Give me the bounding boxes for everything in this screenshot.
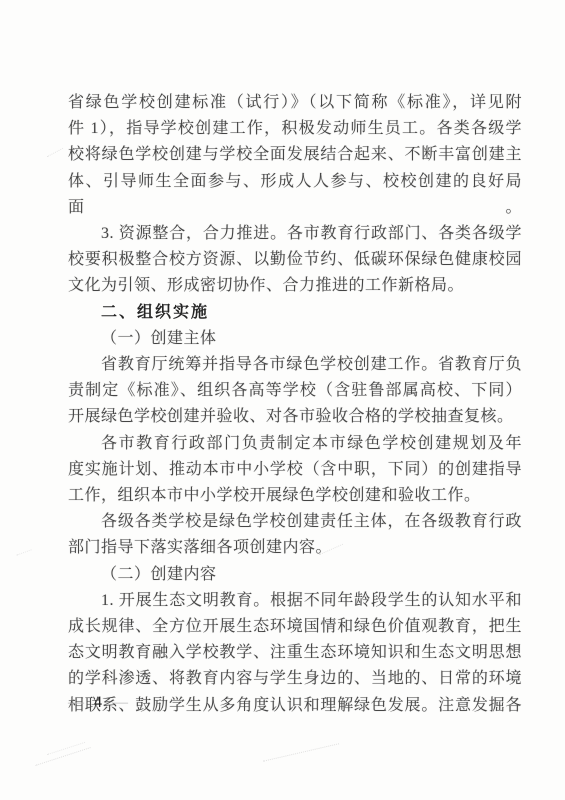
text-line: （一）创建主体 xyxy=(68,326,522,352)
text-line: 度实施计划、推动本市中小学校（含中职，下同）的创建指导 xyxy=(68,457,522,483)
text-line: 工作，组织本市中小学校开展绿色学校创建和验收工作。 xyxy=(68,483,522,509)
section-heading: 二、组织实施 xyxy=(68,300,522,326)
scan-artifact xyxy=(47,742,85,755)
scan-artifact xyxy=(47,148,63,157)
text-line: 相联系、鼓励学生从多角度认识和理解绿色发展。注意发掘各 xyxy=(68,693,522,719)
document-page: 省绿色学校创建标准（试行）》（以下简称《标准》，详见附件 1），指导学校创建工作… xyxy=(0,0,565,800)
text-line: 省绿色学校创建标准（试行）》（以下简称《标准》，详见附 xyxy=(68,90,522,116)
text-line: 责制定《标准》、组织各高等学校（含驻鲁部属高校、下同） xyxy=(68,378,522,404)
scan-artifact xyxy=(16,549,31,555)
text-line: 开展绿色学校创建并验收、对各市验收合格的学校抽查复核。 xyxy=(68,404,522,430)
scan-artifact xyxy=(263,743,339,762)
text-line: 1. 开展生态文明教育。根据不同年龄段学生的认知水平和 xyxy=(68,588,522,614)
text-line: 部门指导下落实落细各项创建内容。 xyxy=(68,535,522,561)
page-number-value: 4 xyxy=(92,694,106,711)
text-line: （二）创建内容 xyxy=(68,562,522,588)
text-line: 校将绿色学校创建与学校全面发展结合起来、不断丰富创建主 xyxy=(68,142,522,168)
text-line: 省教育厅统筹并指导各市绿色学校创建工作。省教育厅负 xyxy=(68,352,522,378)
text-line: 态文明教育融入学校教学、注重生态环境知识和生态文明思想 xyxy=(68,640,522,666)
text-line: 3. 资源整合，合力推进。各市教育行政部门、各类各级学 xyxy=(68,221,522,247)
text-line: 各市教育行政部门负责制定本市绿色学校创建规划及年 xyxy=(68,431,522,457)
text-line: 各级各类学校是绿色学校创建责任主体，在各级教育行政 xyxy=(68,509,522,535)
text-line: 成长规律、全方位开展生态环境国情和绿色价值观教育，把生 xyxy=(68,614,522,640)
page-number-dash-left: — xyxy=(68,694,86,711)
page-number: — 4 — xyxy=(68,694,130,712)
text-line: 文化为引领、形成密切协作、合力推进的工作新格局。 xyxy=(68,273,522,299)
text-line: 校要积极整合校方资源、以勤俭节约、低碳环保绿色健康校园 xyxy=(68,247,522,273)
text-line: 的学科渗透、将教育内容与学生身边的、当地的、日常的环境 xyxy=(68,666,522,692)
text-line: 体、引导师生全面参与、形成人人参与、校校创建的良好局面。 xyxy=(68,169,522,221)
text-line: 件 1），指导学校创建工作，积极发动师生员工。各类各级学 xyxy=(68,116,522,142)
document-body: 省绿色学校创建标准（试行）》（以下简称《标准》，详见附件 1），指导学校创建工作… xyxy=(68,90,522,719)
page-number-dash-right: — xyxy=(112,694,130,711)
